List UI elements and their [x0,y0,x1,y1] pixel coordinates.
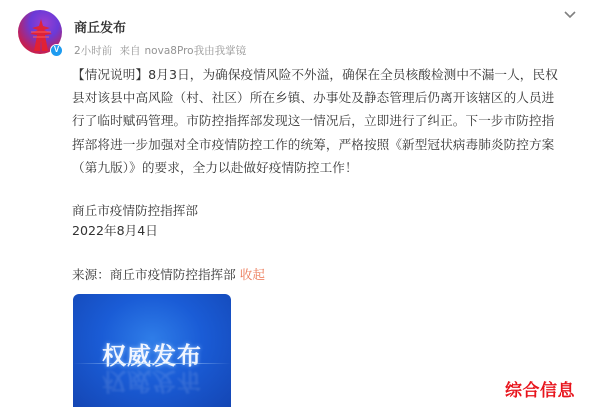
body-line: 【情况说明】8月3日，为确保疫情风险不外溢，确保在全员核酸检测中不漏一人，民权 [72,63,592,86]
collapse-link[interactable]: 收起 [240,267,265,282]
verified-badge-icon: V [50,44,63,57]
source-prefix: 来自 [120,45,141,57]
post-source: 来源：商丘市疫情防控指挥部收起 [72,264,265,283]
post-body: 【情况说明】8月3日，为确保疫情风险不外溢，确保在全员核酸检测中不漏一人，民权 … [72,63,592,179]
post-date: 2022年8月4日 [72,220,158,239]
post-device: nova8Pro我由我掌镜 [145,45,247,57]
body-line: 行了临时赋码管理。市防控指挥部发现这一情况后，立即进行了纠正。下一步市防控指 [72,109,592,132]
author-name[interactable]: 商丘发布 [74,17,126,36]
media-glow-divider [73,363,231,364]
body-line: 挥部将进一步加强对全市疫情防控工作的统筹，严格按照《新型冠状病毒肺炎防控方案 [72,133,592,156]
body-line: （第九版）》的要求，全力以赴做好疫情防控工作！ [72,156,592,179]
source-text: 来源：商丘市疫情防控指挥部 [72,267,236,282]
post-signature: 商丘市疫情防控指挥部 [72,200,198,219]
media-reflection: 权威发布 [73,366,231,401]
post-time[interactable]: 2小时前 [74,45,112,57]
chevron-down-icon[interactable] [563,10,577,20]
body-line: 县对该县中高风险（村、社区）所在乡镇、办事处及静态管理后仍离开该辖区的人员进 [72,86,592,109]
post-meta: 2小时前 来自nova8Pro我由我掌镜 [74,43,250,58]
media-image[interactable]: 权威发布 权威发布 [73,294,231,407]
watermark: 综合信息 [505,376,575,401]
